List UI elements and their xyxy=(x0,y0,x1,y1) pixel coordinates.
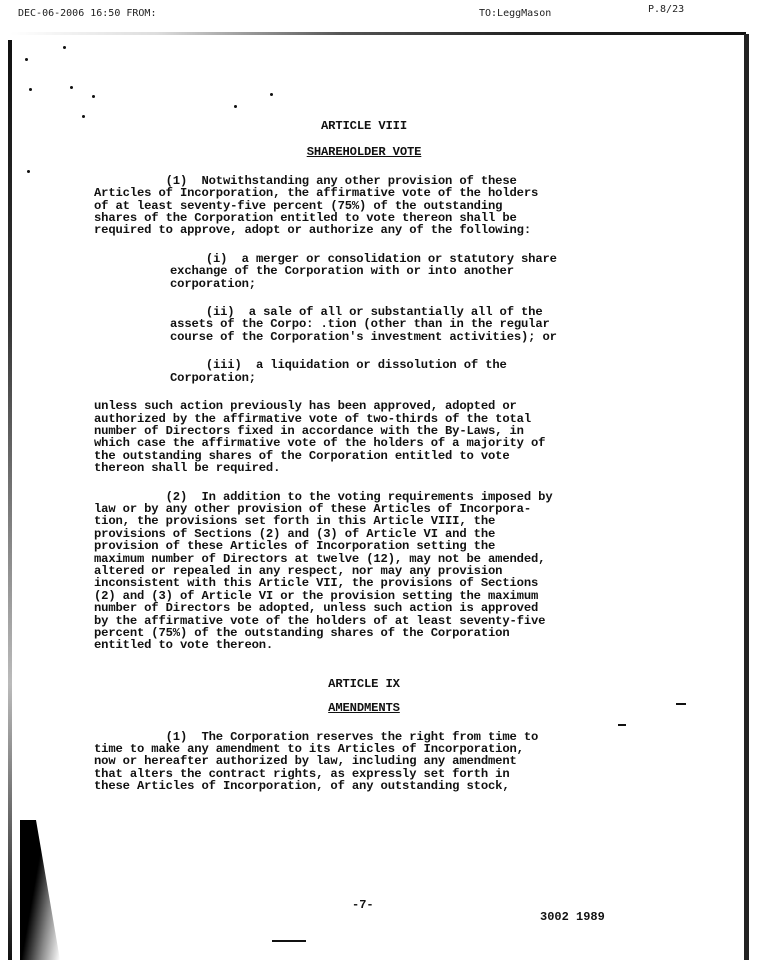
article-ix-para-1: (1) The Corporation reserves the right f… xyxy=(94,731,634,793)
fax-recipient: TO:LeggMason xyxy=(479,8,551,19)
text-line: these Articles of Incorporation, of any … xyxy=(94,780,634,792)
text-line: assets of the Corpo: .tion (other than i… xyxy=(170,318,634,330)
article-viii-item-iii: (iii) a liquidation or dissolution of th… xyxy=(170,359,634,384)
text-line: entitled to vote thereon. xyxy=(94,639,634,651)
article-viii-para-1: (1) Notwithstanding any other provision … xyxy=(94,175,634,237)
article-ix-heading: ARTICLE IX xyxy=(94,678,634,690)
text-line: number of Directors be adopted, unless s… xyxy=(94,602,634,614)
scan-shadow xyxy=(20,820,60,960)
article-viii-heading: ARTICLE VIII xyxy=(94,120,634,132)
fax-header: DEC-06-2006 16:50 FROM: TO:LeggMason P.8… xyxy=(0,4,760,24)
text-line: provision of these Articles of Incorpora… xyxy=(94,540,634,552)
text-line: which case the affirmative vote of the h… xyxy=(94,437,634,449)
scan-speck xyxy=(82,115,85,118)
scan-speck xyxy=(234,105,237,108)
article-viii-subheading: SHAREHOLDER VOTE xyxy=(94,146,634,158)
fax-page-count: P.8/23 xyxy=(648,4,684,15)
document-body: ARTICLE VIII SHAREHOLDER VOTE (1) Notwit… xyxy=(94,120,634,809)
text-line: thereon shall be required. xyxy=(94,462,634,474)
fax-date-from: DEC-06-2006 16:50 FROM: xyxy=(18,8,156,19)
document-stamp: 3002 1989 xyxy=(540,910,605,924)
scan-mark xyxy=(676,703,686,705)
scan-speck xyxy=(27,170,30,173)
scan-border-left xyxy=(8,40,12,960)
text-line: tion, the provisions set forth in this A… xyxy=(94,515,634,527)
scan-speck xyxy=(270,93,273,96)
scan-speck xyxy=(25,58,28,61)
text-line: corporation; xyxy=(170,278,634,290)
scan-speck xyxy=(70,86,73,89)
text-line: course of the Corporation's investment a… xyxy=(170,331,634,343)
scan-mark xyxy=(272,940,306,942)
article-viii-item-ii: (ii) a sale of all or substantially all … xyxy=(170,306,634,343)
article-viii-unless-clause: unless such action previously has been a… xyxy=(94,400,634,474)
article-viii-para-2: (2) In addition to the voting requiremen… xyxy=(94,491,634,652)
text-line: Articles of Incorporation, the affirmati… xyxy=(94,187,634,199)
text-line: Corporation; xyxy=(170,372,634,384)
scan-border-top xyxy=(10,32,746,35)
page-number: -7- xyxy=(352,898,374,912)
scan-speck xyxy=(29,88,32,91)
text-line: now or hereafter authorized by law, incl… xyxy=(94,755,634,767)
article-ix-subheading: AMENDMENTS xyxy=(94,702,634,714)
text-line: exchange of the Corporation with or into… xyxy=(170,265,634,277)
text-line: required to approve, adopt or authorize … xyxy=(94,224,634,236)
scan-speck xyxy=(63,46,66,49)
text-line: inconsistent with this Article VII, the … xyxy=(94,577,634,589)
text-line: (iii) a liquidation or dissolution of th… xyxy=(170,359,634,371)
scan-border-right xyxy=(744,34,749,960)
scan-speck xyxy=(92,95,95,98)
text-line: unless such action previously has been a… xyxy=(94,400,634,412)
article-viii-item-i: (i) a merger or consolidation or statuto… xyxy=(170,253,634,290)
